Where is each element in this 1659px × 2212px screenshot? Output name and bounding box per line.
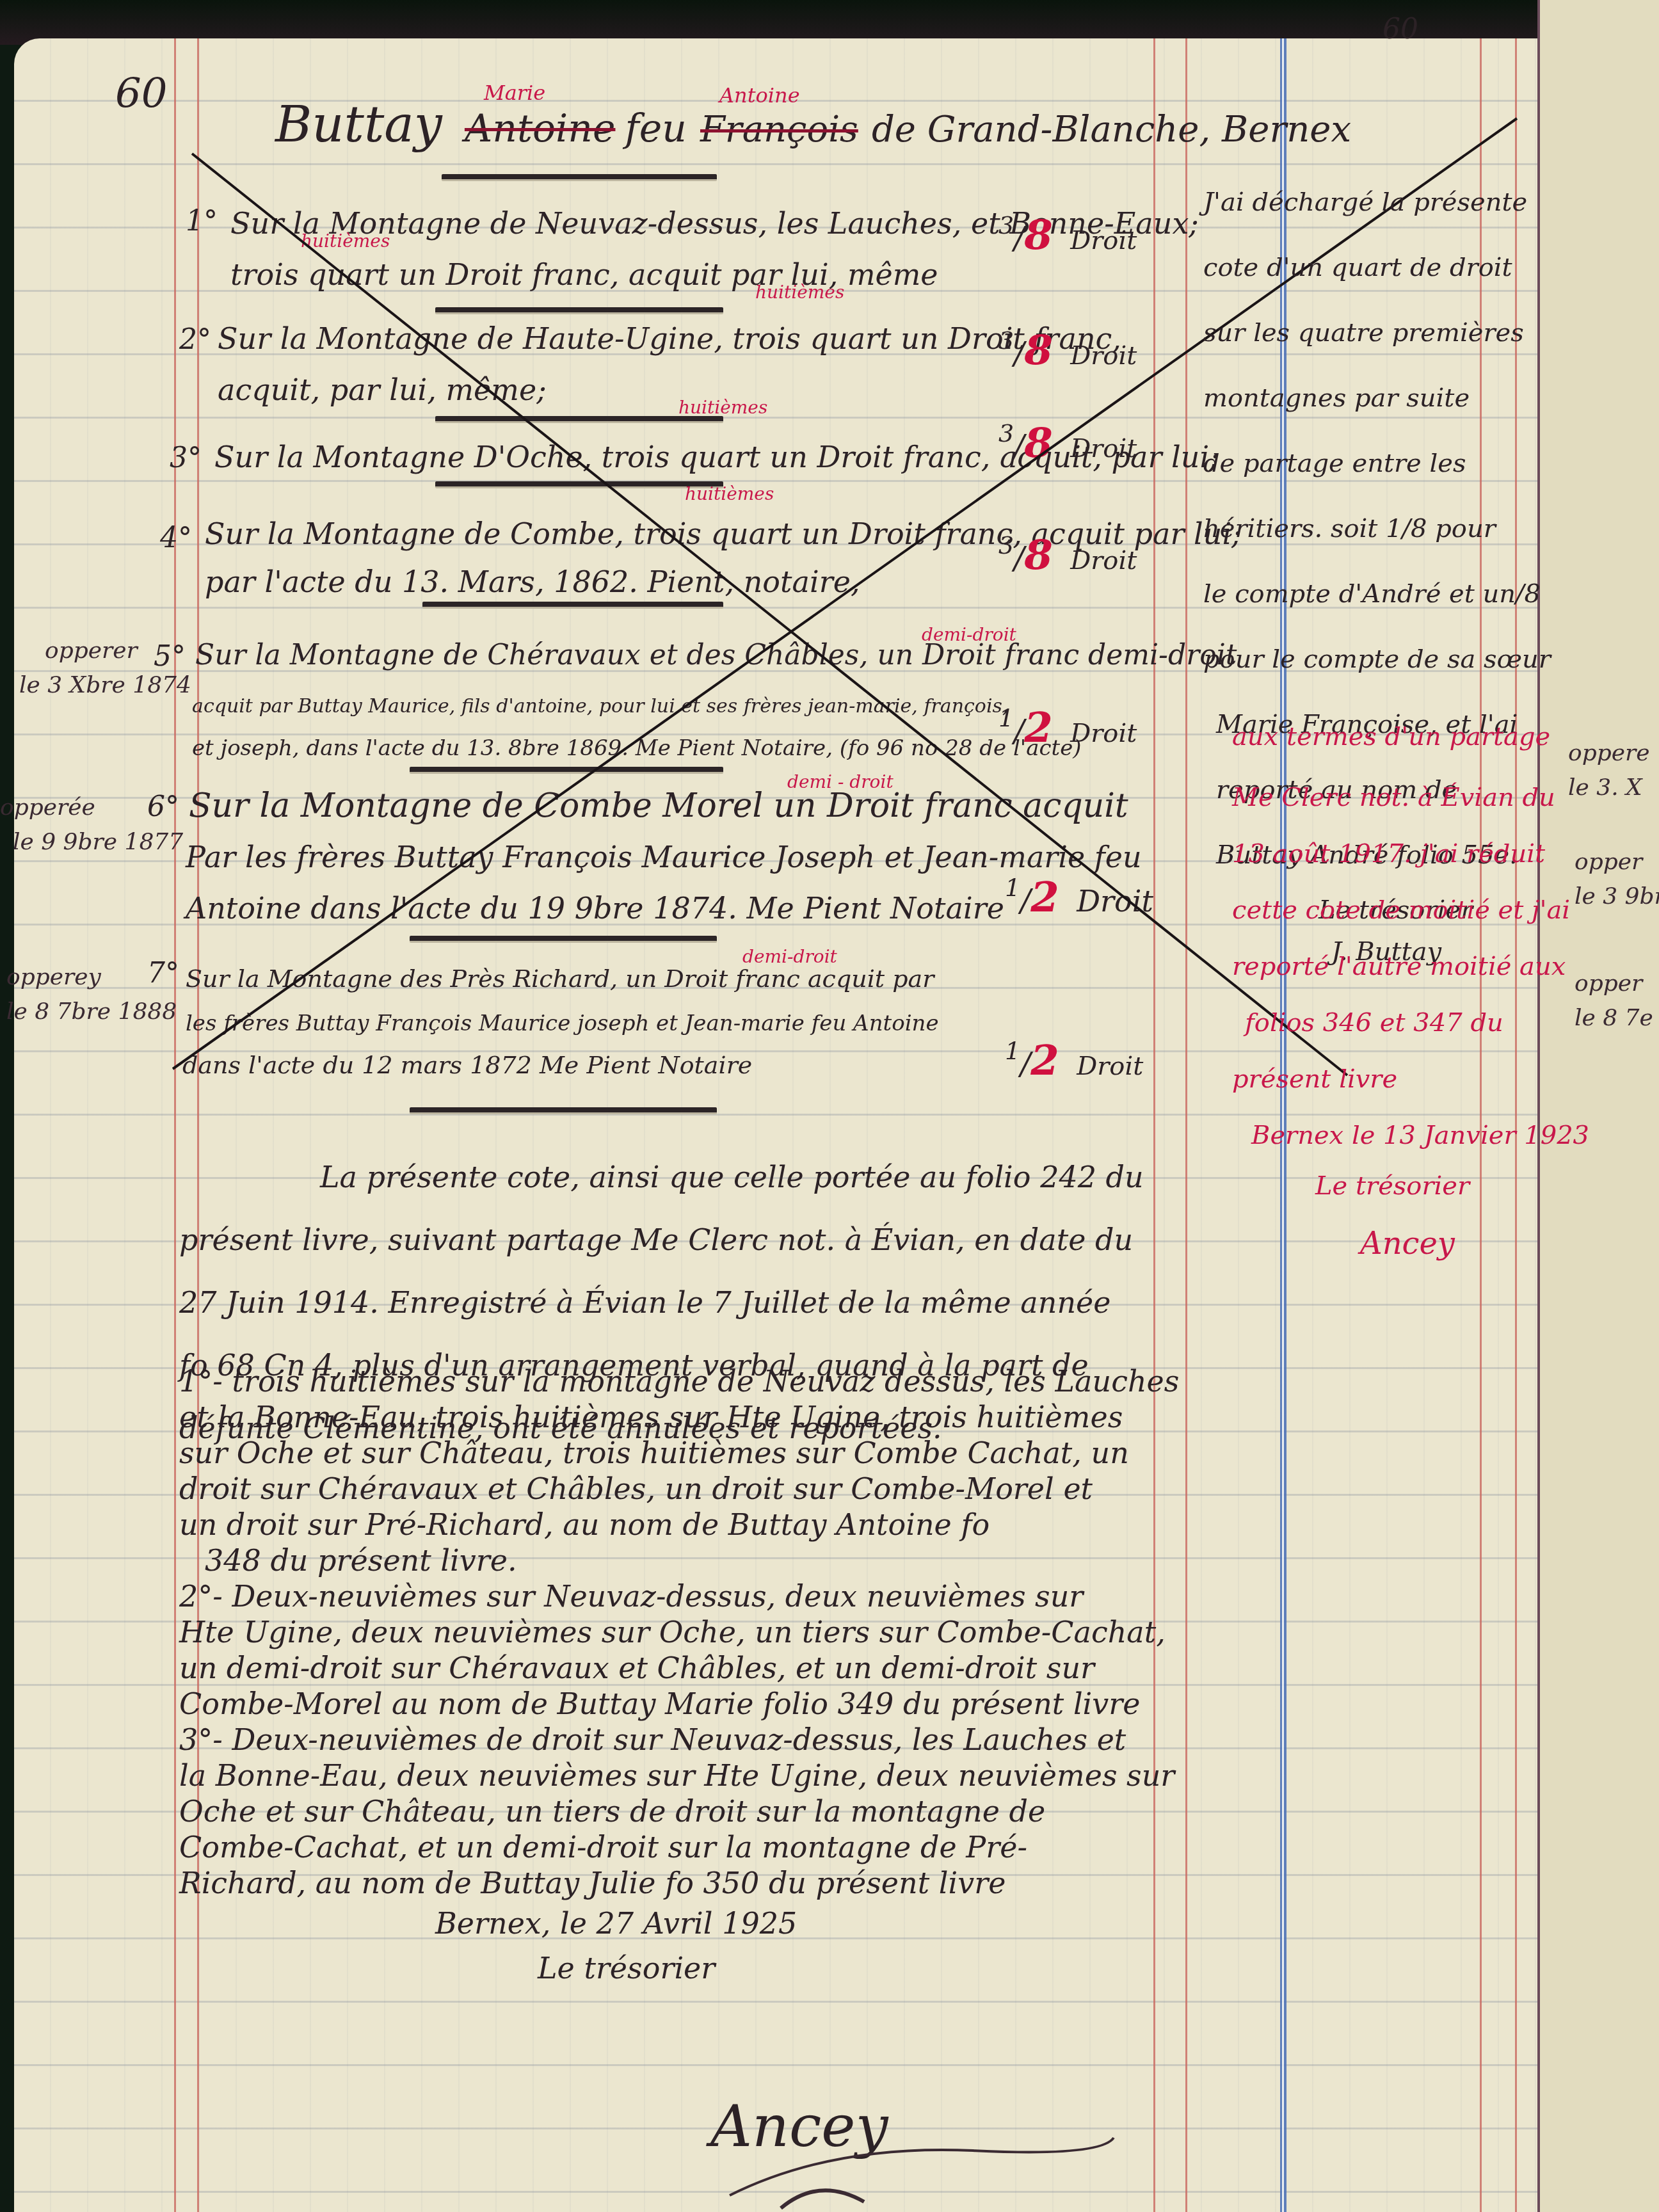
item-line: acquit, par lui, même; bbox=[218, 358, 547, 421]
item-amount: 1/2 Droit bbox=[1005, 874, 1153, 922]
item-correction: huitièmes bbox=[685, 483, 774, 504]
separator-rule bbox=[422, 602, 723, 609]
father-struck: François bbox=[700, 109, 858, 150]
page-number-right: 60 bbox=[1382, 13, 1418, 45]
reduction-signature: Ancey bbox=[1232, 1208, 1589, 1279]
father-correction: Antoine bbox=[719, 83, 800, 108]
amount-denominator: 2 bbox=[1030, 1037, 1059, 1085]
margin-note-3: opperey le 8 7bre 1888 bbox=[6, 960, 177, 1029]
item-amount: 1/2 Droit bbox=[1005, 1037, 1143, 1085]
item-amount: 3/8 Droit bbox=[998, 531, 1137, 579]
amount-numerator: 3 bbox=[998, 419, 1014, 447]
margin-note-2: opperée le 9 9bre 1877 bbox=[0, 790, 183, 860]
item-correction: huitièmes bbox=[755, 282, 844, 303]
body-signoff: Le trésorier bbox=[179, 1946, 1179, 1991]
amount-label: Droit bbox=[1077, 1052, 1143, 1081]
amount-denominator: 2 bbox=[1024, 704, 1053, 752]
item-correction: demi-droit bbox=[742, 946, 837, 967]
reduction-signoff: Le trésorier bbox=[1232, 1164, 1589, 1208]
amount-numerator: 1 bbox=[1005, 874, 1020, 902]
item-amount: 1/2 Droit bbox=[998, 704, 1137, 752]
amount-label: Droit bbox=[1070, 434, 1137, 463]
reduction-note: aux termes d'un partage Me Clerc not. à … bbox=[1232, 704, 1589, 1279]
item-correction: demi-droit bbox=[922, 624, 1016, 645]
separator-rule bbox=[410, 1107, 717, 1114]
item-line: Antoine dans l'acte du 19 9bre 1874. Me … bbox=[186, 877, 1004, 940]
amount-denominator: 2 bbox=[1030, 874, 1059, 922]
amount-label: Droit bbox=[1070, 719, 1137, 748]
signature-flourish bbox=[704, 2125, 1152, 2212]
surname: Buttay bbox=[275, 96, 442, 154]
item-amount: 3/8 Droit bbox=[998, 211, 1137, 259]
amount-label: Droit bbox=[1070, 226, 1137, 255]
reduction-place-date: Bernex le 13 Janvier 1923 bbox=[1232, 1107, 1589, 1164]
separator-rule bbox=[435, 481, 723, 488]
body-place-date: Bernex, le 27 Avril 1925 bbox=[179, 1901, 1179, 1946]
amount-numerator: 1 bbox=[1005, 1037, 1020, 1065]
amount-denominator: 8 bbox=[1024, 531, 1053, 579]
amount-rule-2 bbox=[1185, 38, 1187, 2212]
amount-label: Droit bbox=[1070, 341, 1137, 371]
margin-rule-left-1 bbox=[174, 38, 176, 2212]
separator-rule bbox=[442, 174, 717, 181]
separator-rule bbox=[410, 936, 717, 943]
item-correction: huitièmes bbox=[678, 397, 767, 418]
amount-denominator: 8 bbox=[1024, 419, 1053, 467]
account-title: Buttay Marie Antoine feu Antoine Françoi… bbox=[275, 96, 1351, 154]
first-name-correction: Marie bbox=[484, 81, 545, 105]
amount-label: Droit bbox=[1077, 884, 1153, 918]
title-place: de Grand-Blanche, Bernex bbox=[872, 109, 1351, 150]
item-amount: 3/8 Droit bbox=[998, 419, 1137, 467]
margin-note-1: opperer le 3 Xbre 1874 bbox=[19, 634, 191, 703]
amount-numerator: 3 bbox=[998, 326, 1014, 355]
transfer-list: 1°- trois huitièmes sur la montagne de N… bbox=[179, 1363, 1179, 1991]
item-line: dans l'acte du 12 mars 1872 Me Pient Not… bbox=[182, 1034, 752, 1096]
separator-rule bbox=[410, 767, 723, 774]
amount-label: Droit bbox=[1070, 546, 1137, 575]
amount-denominator: 8 bbox=[1024, 211, 1053, 259]
first-name-struck: Antoine bbox=[465, 106, 616, 151]
amount-numerator: 3 bbox=[998, 531, 1014, 559]
item-correction: huitièmes bbox=[301, 230, 390, 252]
amount-denominator: 8 bbox=[1024, 326, 1053, 374]
item-correction: demi - droit bbox=[787, 771, 894, 792]
amount-numerator: 3 bbox=[998, 211, 1014, 239]
item-amount: 3/8 Droit bbox=[998, 326, 1137, 374]
item-number: 2° bbox=[179, 323, 211, 356]
item-number: 3° bbox=[170, 442, 202, 474]
amount-numerator: 1 bbox=[998, 704, 1014, 732]
item-number: 1° bbox=[186, 205, 218, 237]
page-number-left: 60 bbox=[115, 70, 167, 118]
feu-label: feu bbox=[625, 106, 687, 151]
item-number: 4° bbox=[160, 522, 192, 554]
